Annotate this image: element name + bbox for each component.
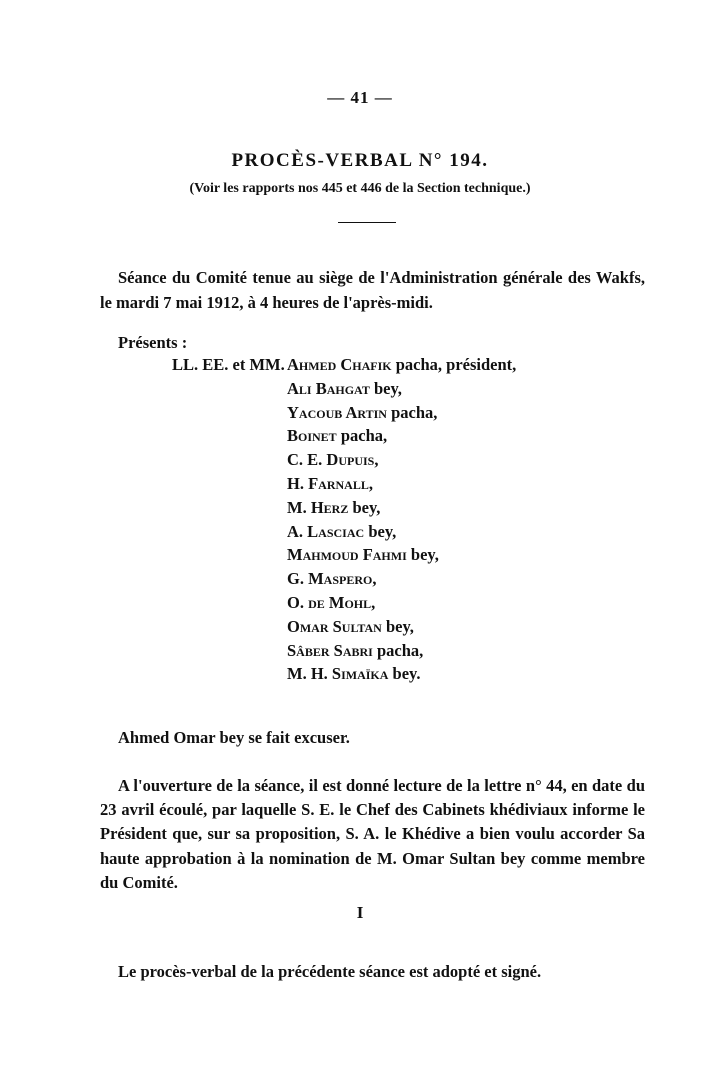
- ouverture-paragraph: A l'ouverture de la séance, il est donné…: [100, 774, 645, 896]
- member-title: bey.: [388, 664, 420, 683]
- section-number: I: [0, 903, 720, 923]
- member-title: pacha,: [387, 403, 437, 422]
- member-item: Boinet pacha,: [287, 424, 516, 448]
- member-name: M. H. Simaïka: [287, 664, 388, 683]
- member-item: C. E. Dupuis,: [287, 448, 516, 472]
- member-item: Mahmoud Fahmi bey,: [287, 543, 516, 567]
- member-name: H. Farnall: [287, 474, 369, 493]
- members-lead: LL. EE. et MM.: [172, 353, 285, 377]
- member-name: Boinet: [287, 426, 337, 445]
- member-item: H. Farnall,: [287, 472, 516, 496]
- member-item: G. Maspero,: [287, 567, 516, 591]
- member-title: ,: [372, 569, 376, 588]
- excuse-paragraph: Ahmed Omar bey se fait excuser.: [118, 725, 663, 750]
- member-title: bey,: [364, 522, 396, 541]
- member-item: Omar Sultan bey,: [287, 615, 516, 639]
- member-title: pacha, président,: [392, 355, 517, 374]
- member-item: M. H. Simaïka bey.: [287, 662, 516, 686]
- member-title: bey,: [370, 379, 402, 398]
- member-title: bey,: [407, 545, 439, 564]
- page-number: — 41 —: [0, 88, 720, 108]
- member-title: pacha,: [373, 641, 423, 660]
- member-name: O. de Mohl: [287, 593, 371, 612]
- seance-paragraph: Séance du Comité tenue au siège de l'Adm…: [100, 265, 645, 315]
- document-subtitle: (Voir les rapports nos 445 et 446 de la …: [0, 181, 720, 197]
- member-title: bey,: [348, 498, 380, 517]
- member-title: ,: [374, 450, 378, 469]
- member-name: Omar Sultan: [287, 617, 382, 636]
- presents-label: Présents :: [118, 330, 663, 355]
- member-title: ,: [371, 593, 375, 612]
- member-name: Yacoub Artin: [287, 403, 387, 422]
- member-title: ,: [369, 474, 373, 493]
- member-item: A. Lasciac bey,: [287, 520, 516, 544]
- member-item: O. de Mohl,: [287, 591, 516, 615]
- member-item: Ahmed Chafik pacha, président,: [287, 353, 516, 377]
- title-divider: [338, 222, 396, 223]
- member-item: Yacoub Artin pacha,: [287, 401, 516, 425]
- member-item: Sâber Sabri pacha,: [287, 639, 516, 663]
- members-list: LL. EE. et MM. Ahmed Chafik pacha, prési…: [172, 353, 516, 686]
- member-title: pacha,: [337, 426, 387, 445]
- document-title: PROCÈS-VERBAL N° 194.: [0, 150, 720, 172]
- member-name: Ali Bahgat: [287, 379, 370, 398]
- member-name: Mahmoud Fahmi: [287, 545, 407, 564]
- member-item: M. Herz bey,: [287, 496, 516, 520]
- proces-verbal-paragraph: Le procès-verbal de la précédente séance…: [118, 959, 663, 984]
- member-name: C. E. Dupuis: [287, 450, 374, 469]
- member-name: A. Lasciac: [287, 522, 364, 541]
- member-name: G. Maspero: [287, 569, 372, 588]
- member-name: Sâber Sabri: [287, 641, 373, 660]
- member-item: Ali Bahgat bey,: [287, 377, 516, 401]
- member-title: bey,: [382, 617, 414, 636]
- member-name: Ahmed Chafik: [287, 355, 392, 374]
- member-name: M. Herz: [287, 498, 348, 517]
